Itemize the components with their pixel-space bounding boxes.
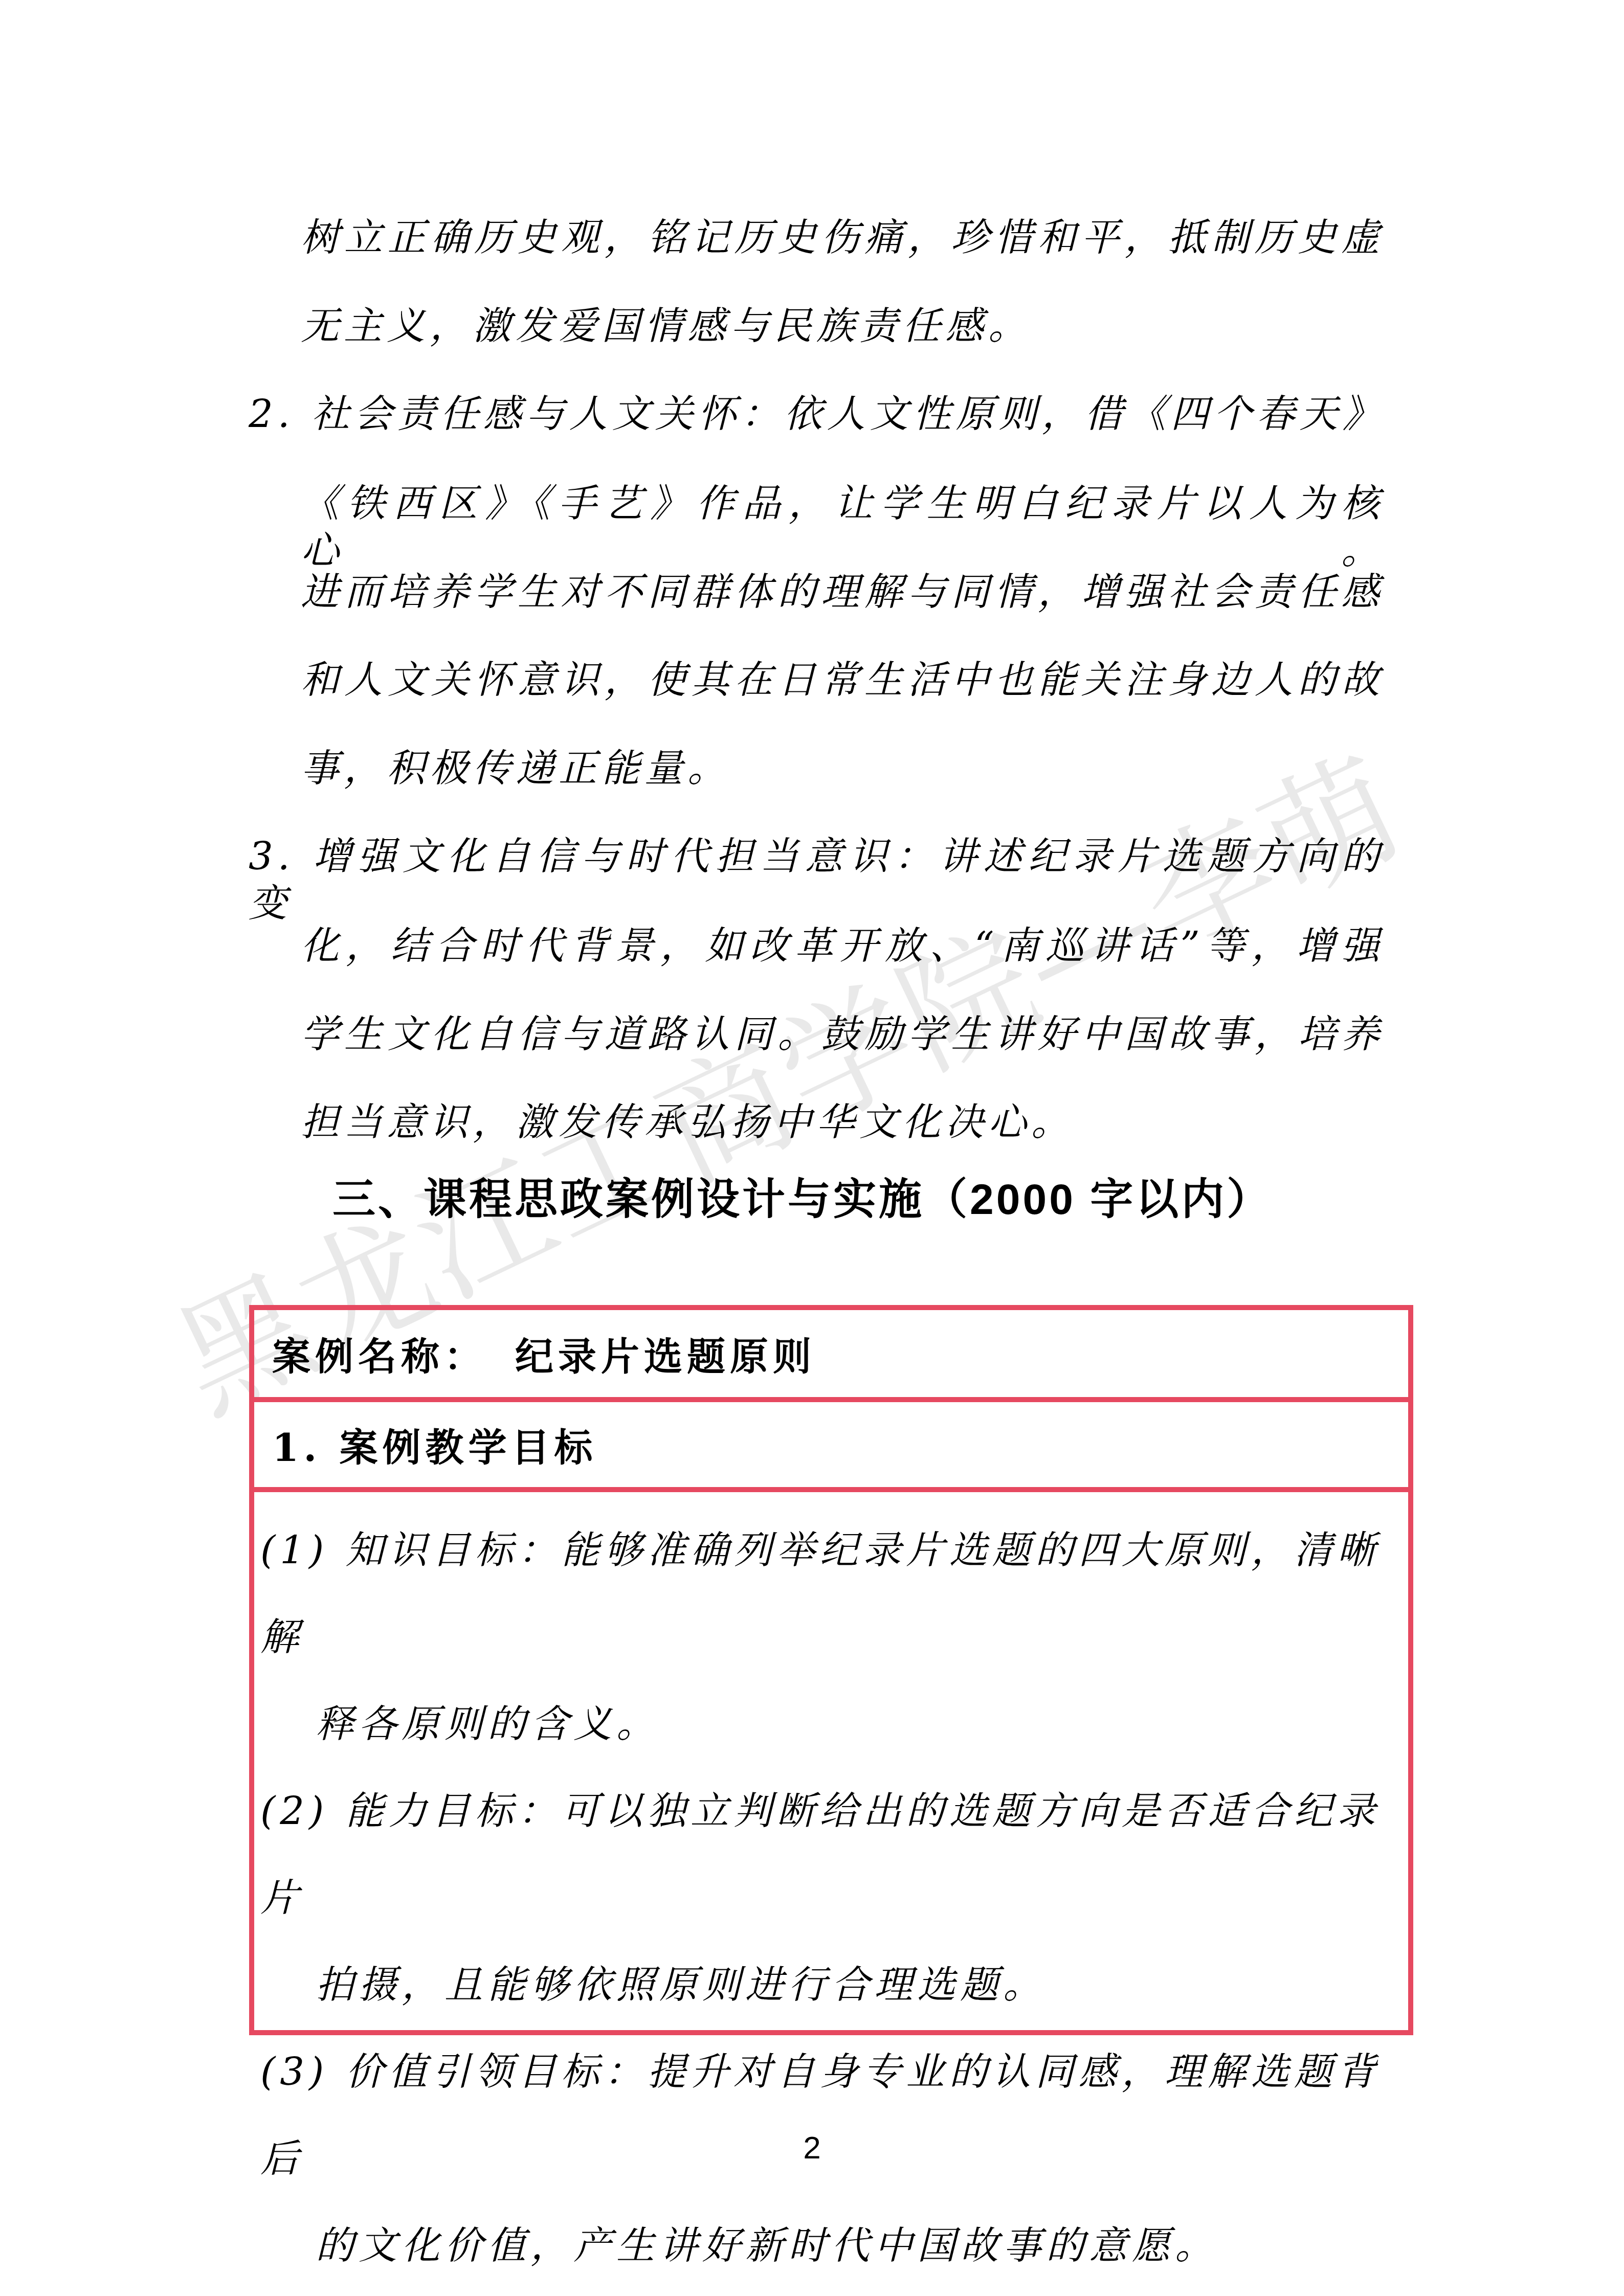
paragraph-line: 学生文化自信与道路认同。鼓励学生讲好中国故事，培养 [301, 1010, 1384, 1057]
paragraph-line: 和人文关怀意识，使其在日常生活中也能关注身边人的故 [301, 656, 1384, 703]
paragraph-line: 进而培养学生对不同群体的理解与同情，增强社会责任感 [301, 568, 1384, 615]
case-name-value: 纪录片选题原则 [515, 1326, 816, 1381]
list-item-line: 2. 社会责任感与人文关怀：依人文性原则，借《四个春天》 [249, 390, 1384, 437]
paragraph-line: 《铁西区》《手艺》作品，让学生明白纪录片以人为核心。 [301, 480, 1384, 574]
table-body-line: 的文化价值，产生讲好新时代中国故事的意愿。 [254, 2202, 1408, 2289]
document-page: 黑龙江工商学院—李萌 树立正确历史观，铭记历史伤痛，珍惜和平，抵制历史虚 无主义… [0, 0, 1624, 2296]
table-body-line: 拍摄，且能够依照原则进行合理选题。 [254, 1941, 1408, 2028]
table-body-line: (1) 知识目标：能够准确列举纪录片选题的四大原则，清晰解 [254, 1506, 1408, 1680]
paragraph-line: 无主义，激发爱国情感与民族责任感。 [301, 302, 1384, 349]
table-body-line: (3) 价值引领目标：提升对自身专业的认同感，理解选题背后 [254, 2028, 1408, 2202]
paragraph-line: 担当意识，激发传承弘扬中华文化决心。 [301, 1098, 1384, 1145]
case-table: 案例名称： 纪录片选题原则 1. 案例教学目标 (1) 知识目标：能够准确列举纪… [249, 1305, 1413, 2035]
list-item-line: 3. 增强文化自信与时代担当意识：讲述纪录片选题方向的变 [249, 832, 1384, 927]
section-heading: 三、课程思政案例设计与实施（2000 字以内） [332, 1171, 1272, 1227]
paragraph-line: 事，积极传递正能量。 [301, 745, 1384, 792]
table-body: (1) 知识目标：能够准确列举纪录片选题的四大原则，清晰解 释各原则的含义。 (… [254, 1492, 1408, 2289]
table-body-line: 释各原则的含义。 [254, 1680, 1408, 1767]
table-row-subheading: 1. 案例教学目标 [254, 1402, 1408, 1492]
page-number: 2 [0, 2130, 1624, 2166]
case-name-label: 案例名称： [272, 1326, 487, 1381]
table-subheading: 1. 案例教学目标 [272, 1417, 597, 1472]
table-body-line: (2) 能力目标：可以独立判断给出的选题方向是否适合纪录片 [254, 1767, 1408, 1941]
paragraph-line: 树立正确历史观，铭记历史伤痛，珍惜和平，抵制历史虚 [301, 214, 1384, 261]
table-row-case-name: 案例名称： 纪录片选题原则 [254, 1310, 1408, 1402]
paragraph-line: 化，结合时代背景，如改革开放、“南巡讲话”等，增强 [301, 922, 1384, 969]
